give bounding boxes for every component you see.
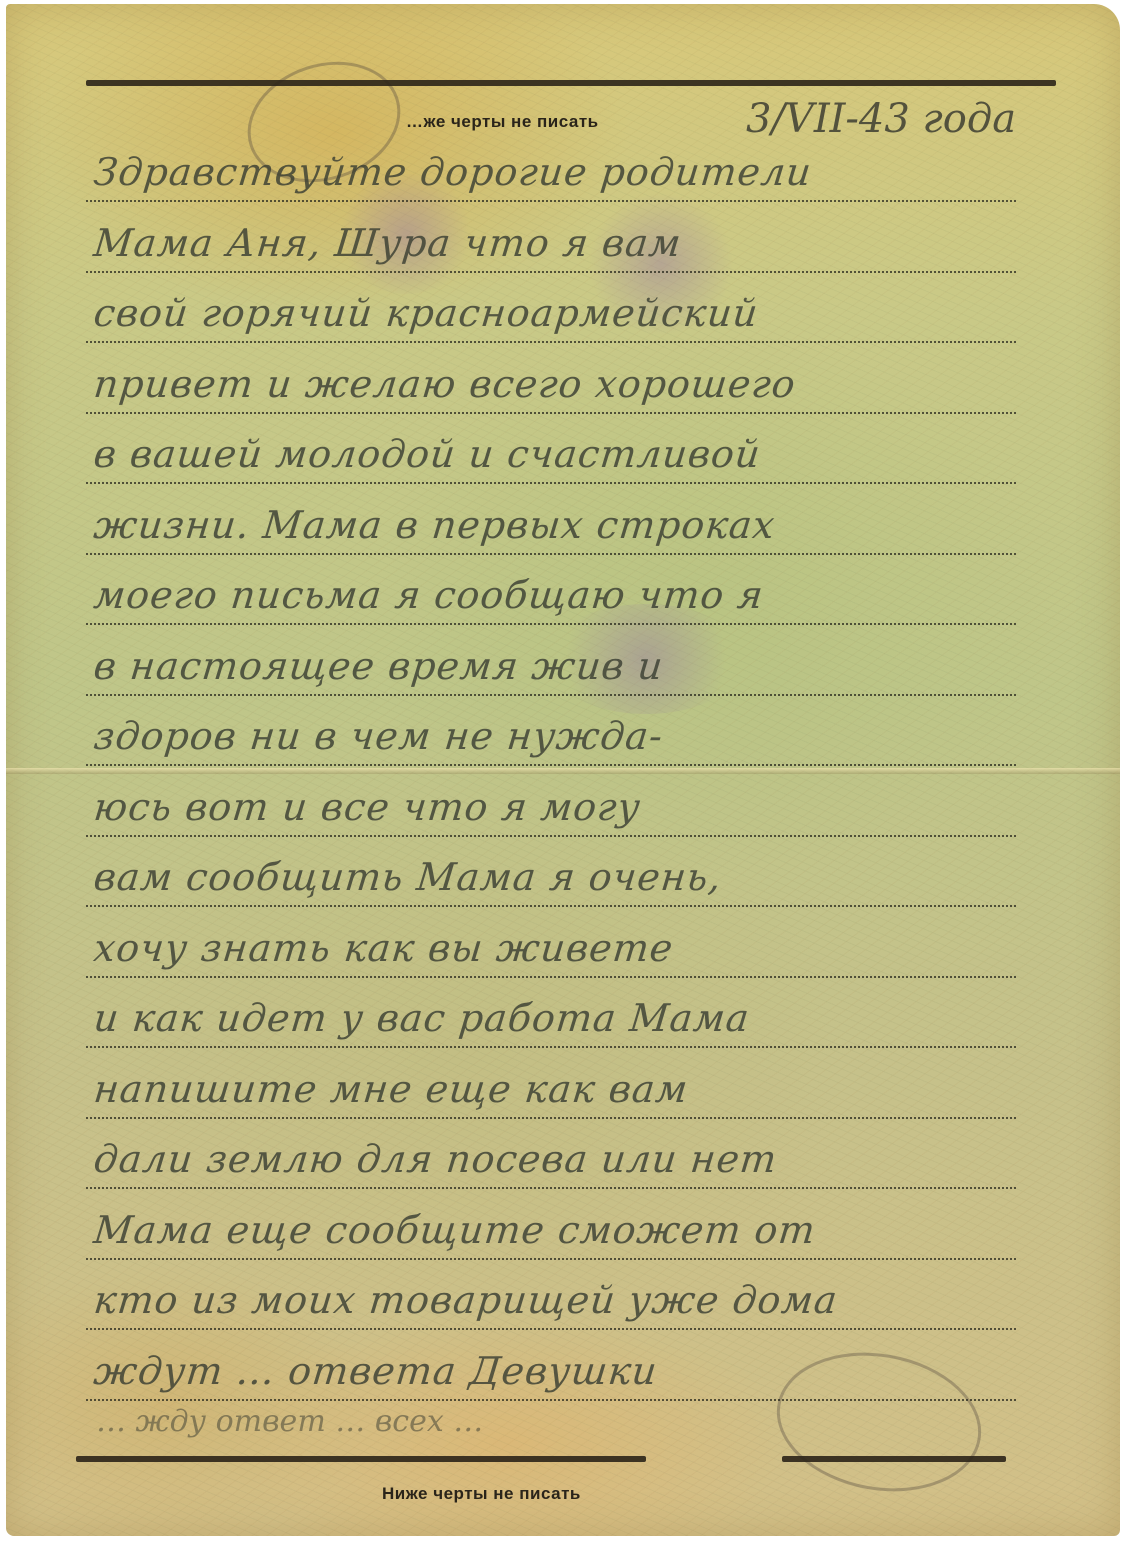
writing-line-rule [86, 835, 1016, 837]
printed-header: …же черты не писать [406, 112, 599, 132]
letter-date: 3/VII-43 года [746, 96, 1016, 142]
top-rule [86, 80, 1056, 86]
writing-line-rule [86, 1328, 1016, 1330]
writing-line-rule [86, 1258, 1016, 1260]
handwritten-line: ждут … ответа Девушки [92, 1349, 1117, 1393]
handwritten-line: в настоящее время жив и [92, 644, 1117, 688]
writing-line-rule [86, 976, 1016, 978]
writing-line-rule [86, 623, 1016, 625]
writing-line-rule [86, 482, 1016, 484]
writing-line-rule [86, 553, 1016, 555]
bottom-rule-left [76, 1456, 646, 1462]
writing-line-rule [86, 764, 1016, 766]
printed-footer: Ниже черты не писать [382, 1484, 581, 1504]
faded-bottom-text: … жду ответ … всех … [96, 1404, 483, 1439]
handwritten-line: дали землю для посева или нет [92, 1137, 1117, 1181]
handwritten-line: вам сообщить Мама я очень, [92, 855, 1117, 899]
handwritten-line: моего письма я сообщаю что я [92, 573, 1117, 617]
handwritten-line: здоров ни в чем не нужда- [92, 714, 1117, 758]
writing-line-rule [86, 341, 1016, 343]
handwritten-line: Здравствуйте дорогие родители [92, 150, 1117, 194]
bottom-rule-right [782, 1456, 1006, 1462]
handwritten-line: и как идет у вас работа Мама [92, 996, 1117, 1040]
writing-line-rule [86, 1187, 1016, 1189]
writing-line-rule [86, 905, 1016, 907]
handwritten-line: в вашей молодой и счастливой [92, 432, 1117, 476]
handwritten-line: жизни. Мама в первых строках [92, 503, 1117, 547]
handwritten-line: привет и желаю всего хорошего [92, 362, 1117, 406]
writing-line-rule [86, 200, 1016, 202]
writing-line-rule [86, 1046, 1016, 1048]
handwritten-line: хочу знать как вы живете [92, 926, 1117, 970]
paper-fold [6, 768, 1120, 774]
writing-line-rule [86, 1399, 1016, 1401]
writing-line-rule [86, 1117, 1016, 1119]
handwritten-line: Мама Аня, Шура что я вам [92, 221, 1117, 265]
writing-line-rule [86, 412, 1016, 414]
writing-line-rule [86, 271, 1016, 273]
handwritten-line: кто из моих товарищей уже дома [92, 1278, 1117, 1322]
handwritten-line: свой горячий красноармейский [92, 291, 1117, 335]
letter-sheet: …же черты не писать 3/VII-43 года Ниже ч… [6, 4, 1120, 1536]
writing-line-rule [86, 694, 1016, 696]
handwritten-line: юсь вот и все что я могу [92, 785, 1117, 829]
handwritten-line: напишите мне еще как вам [92, 1067, 1117, 1111]
handwritten-line: Мама еще сообщите сможет от [92, 1208, 1117, 1252]
